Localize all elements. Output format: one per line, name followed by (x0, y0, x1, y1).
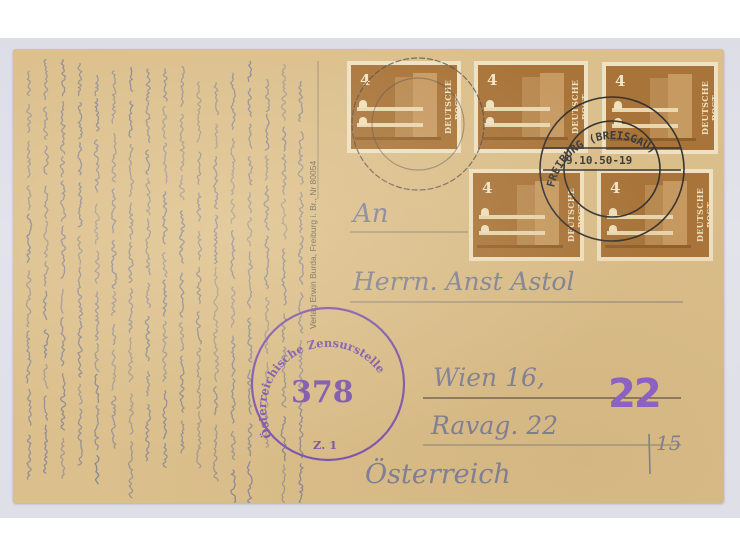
postmark-left (352, 58, 484, 190)
stamped-district-number: 22 (608, 371, 660, 417)
censor-stamp: Österreichische Zensurstelle 378 Z. 1 (252, 308, 404, 460)
svg-text:378: 378 (291, 375, 354, 410)
address-line-4: Ravag. 22 (431, 411, 558, 440)
address-country: Österreich (365, 459, 511, 490)
address-line-2: Herrn. Anst Astol (353, 267, 574, 296)
address-line-3: Wien 16, (433, 363, 545, 392)
postcard: Verlag Erwin Burda, Freiburg i. Br., Nr … (13, 49, 724, 503)
address-line-1: An (353, 199, 389, 229)
svg-text:Z. 1: Z. 1 (313, 438, 337, 452)
address-line-4-suffix: 15 (656, 431, 681, 455)
postmark-date-text: 9.10.50-19 (566, 154, 632, 167)
